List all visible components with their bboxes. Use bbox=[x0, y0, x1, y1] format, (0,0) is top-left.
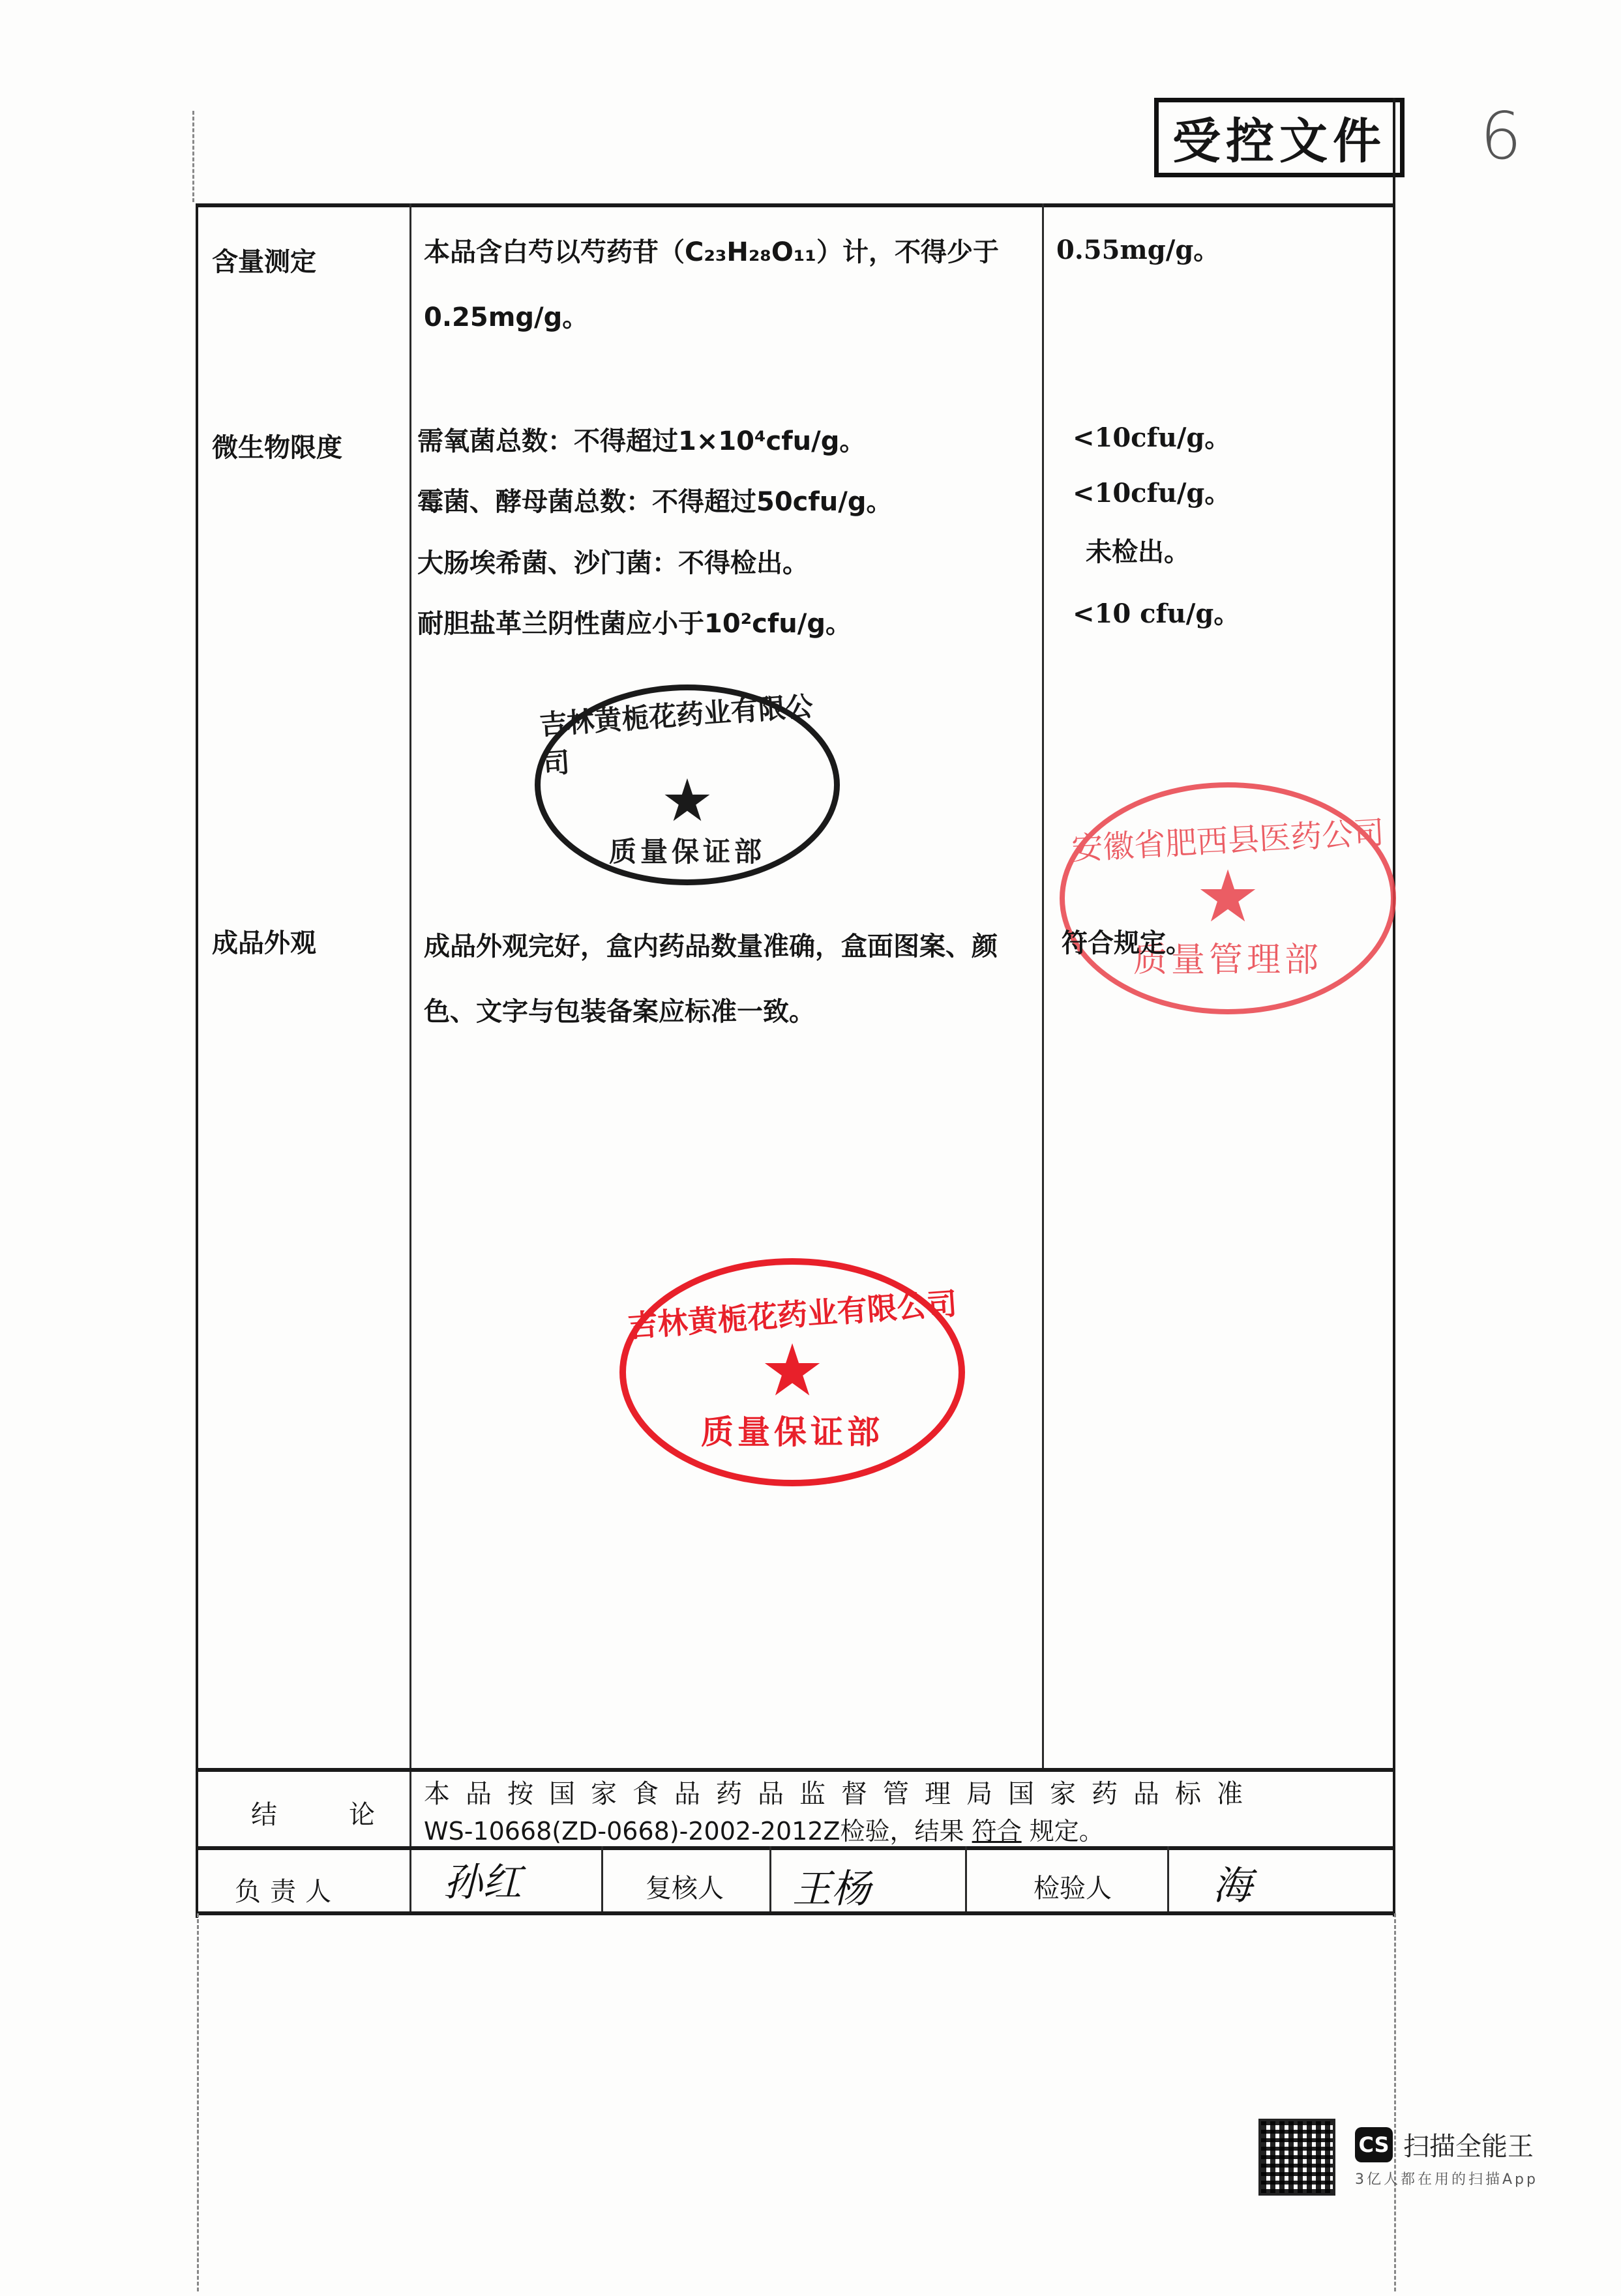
stamp-company-name: 吉林黄栀花药业有限公司 bbox=[538, 683, 836, 782]
table-right-border bbox=[1393, 98, 1395, 1917]
left-dashed-edge bbox=[197, 1913, 199, 2291]
responsible-label: 负责人 bbox=[235, 1871, 340, 1908]
stamp-department: 质量保证部 bbox=[701, 1406, 884, 1453]
company-qa-stamp-red: 吉林黄栀花药业有限公司 ★ 质量保证部 bbox=[619, 1258, 965, 1486]
column-divider-2 bbox=[1042, 203, 1044, 1768]
microbial-result-1: <10cfu/g。 bbox=[1073, 417, 1230, 454]
appearance-standard-line2: 色、文字与包装备案应标准一致。 bbox=[424, 991, 815, 1028]
assay-standard-line1: 本品含白芍以芍药苷（C₂₃H₂₈O₁₁）计，不得少于 bbox=[424, 231, 999, 269]
scanner-app-watermark: CS 扫描全能王 3亿人都在用的扫描App bbox=[1258, 2119, 1538, 2196]
star-icon: ★ bbox=[760, 1334, 825, 1406]
controlled-document-stamp: 受控文件 bbox=[1154, 98, 1405, 177]
right-dashed-edge bbox=[1394, 1913, 1396, 2291]
microbial-result-2: <10cfu/g。 bbox=[1073, 473, 1230, 510]
star-icon: ★ bbox=[1196, 861, 1260, 932]
company-qa-stamp-black: 吉林黄栀花药业有限公司 ★ 质量保证部 bbox=[535, 684, 840, 885]
conclusion-label: 结 论 bbox=[251, 1794, 381, 1831]
microbial-label: 微生物限度 bbox=[212, 427, 342, 464]
conclusion-line2: WS-10668(ZD-0668)-2002-2012Z检验，结果 符合 规定。 bbox=[424, 1811, 1104, 1847]
microbial-standard-2: 霉菌、酵母菌总数：不得超过50cfu/g。 bbox=[417, 481, 893, 518]
stamp-department: 质量保证部 bbox=[609, 831, 766, 870]
microbial-standard-1: 需氧菌总数：不得超过1×10⁴cfu/g。 bbox=[417, 420, 865, 458]
microbial-result-3: 未检出。 bbox=[1086, 531, 1190, 568]
sig-divider-4 bbox=[1167, 1846, 1169, 1911]
conclusion-line1: 本品按国家食品药品监督管理局国家药品标准 bbox=[424, 1773, 1258, 1810]
appearance-standard-line1: 成品外观完好，盒内药品数量准确，盒面图案、颜 bbox=[424, 926, 998, 963]
top-left-dashed-edge bbox=[192, 111, 194, 202]
table-top-border bbox=[196, 203, 1395, 207]
page-number: 6 bbox=[1480, 98, 1522, 174]
qr-code-icon bbox=[1258, 2119, 1335, 2196]
sig-divider-2 bbox=[769, 1846, 771, 1911]
table-left-border bbox=[196, 203, 198, 1918]
reviewer-label: 复核人 bbox=[646, 1868, 724, 1905]
appearance-label: 成品外观 bbox=[212, 922, 316, 960]
microbial-result-4: <10 cfu/g。 bbox=[1073, 593, 1240, 630]
sig-divider-1 bbox=[601, 1846, 603, 1911]
inspector-signature: 海 bbox=[1213, 1855, 1252, 1911]
sig-divider-3 bbox=[965, 1846, 967, 1911]
star-icon: ★ bbox=[661, 772, 714, 831]
inspector-label: 检验人 bbox=[1034, 1868, 1112, 1905]
microbial-standard-4: 耐胆盐革兰阴性菌应小于10²cfu/g。 bbox=[417, 603, 852, 640]
column-divider-1 bbox=[409, 203, 411, 1911]
stamp-buyer-name: 安徽省肥西县医药公司 bbox=[1071, 807, 1386, 868]
reviewer-signature: 王杨 bbox=[792, 1858, 870, 1914]
conclusion-standard: WS-10668(ZD-0668)-2002-2012Z检验，结果 bbox=[424, 1817, 964, 1846]
assay-label: 含量测定 bbox=[212, 241, 316, 278]
brand-name: 扫描全能王 bbox=[1403, 2126, 1534, 2163]
appearance-result: 符合规定。 bbox=[1062, 922, 1192, 960]
cs-logo-icon: CS bbox=[1355, 2127, 1393, 2162]
microbial-standard-3: 大肠埃希菌、沙门菌：不得检出。 bbox=[417, 542, 809, 580]
assay-standard-line2: 0.25mg/g。 bbox=[424, 297, 588, 334]
brand-tagline: 3亿人都在用的扫描App bbox=[1355, 2168, 1538, 2188]
assay-result: 0.55mg/g。 bbox=[1056, 229, 1219, 267]
buyer-qm-stamp-red: 安徽省肥西县医药公司 ★ 质量管理部 bbox=[1060, 782, 1396, 1014]
conclusion-suffix: 规定。 bbox=[1030, 1817, 1104, 1846]
conclusion-top-border bbox=[196, 1768, 1395, 1772]
responsible-signature: 孙红 bbox=[443, 1851, 522, 1907]
conclusion-result: 符合 bbox=[972, 1817, 1022, 1846]
